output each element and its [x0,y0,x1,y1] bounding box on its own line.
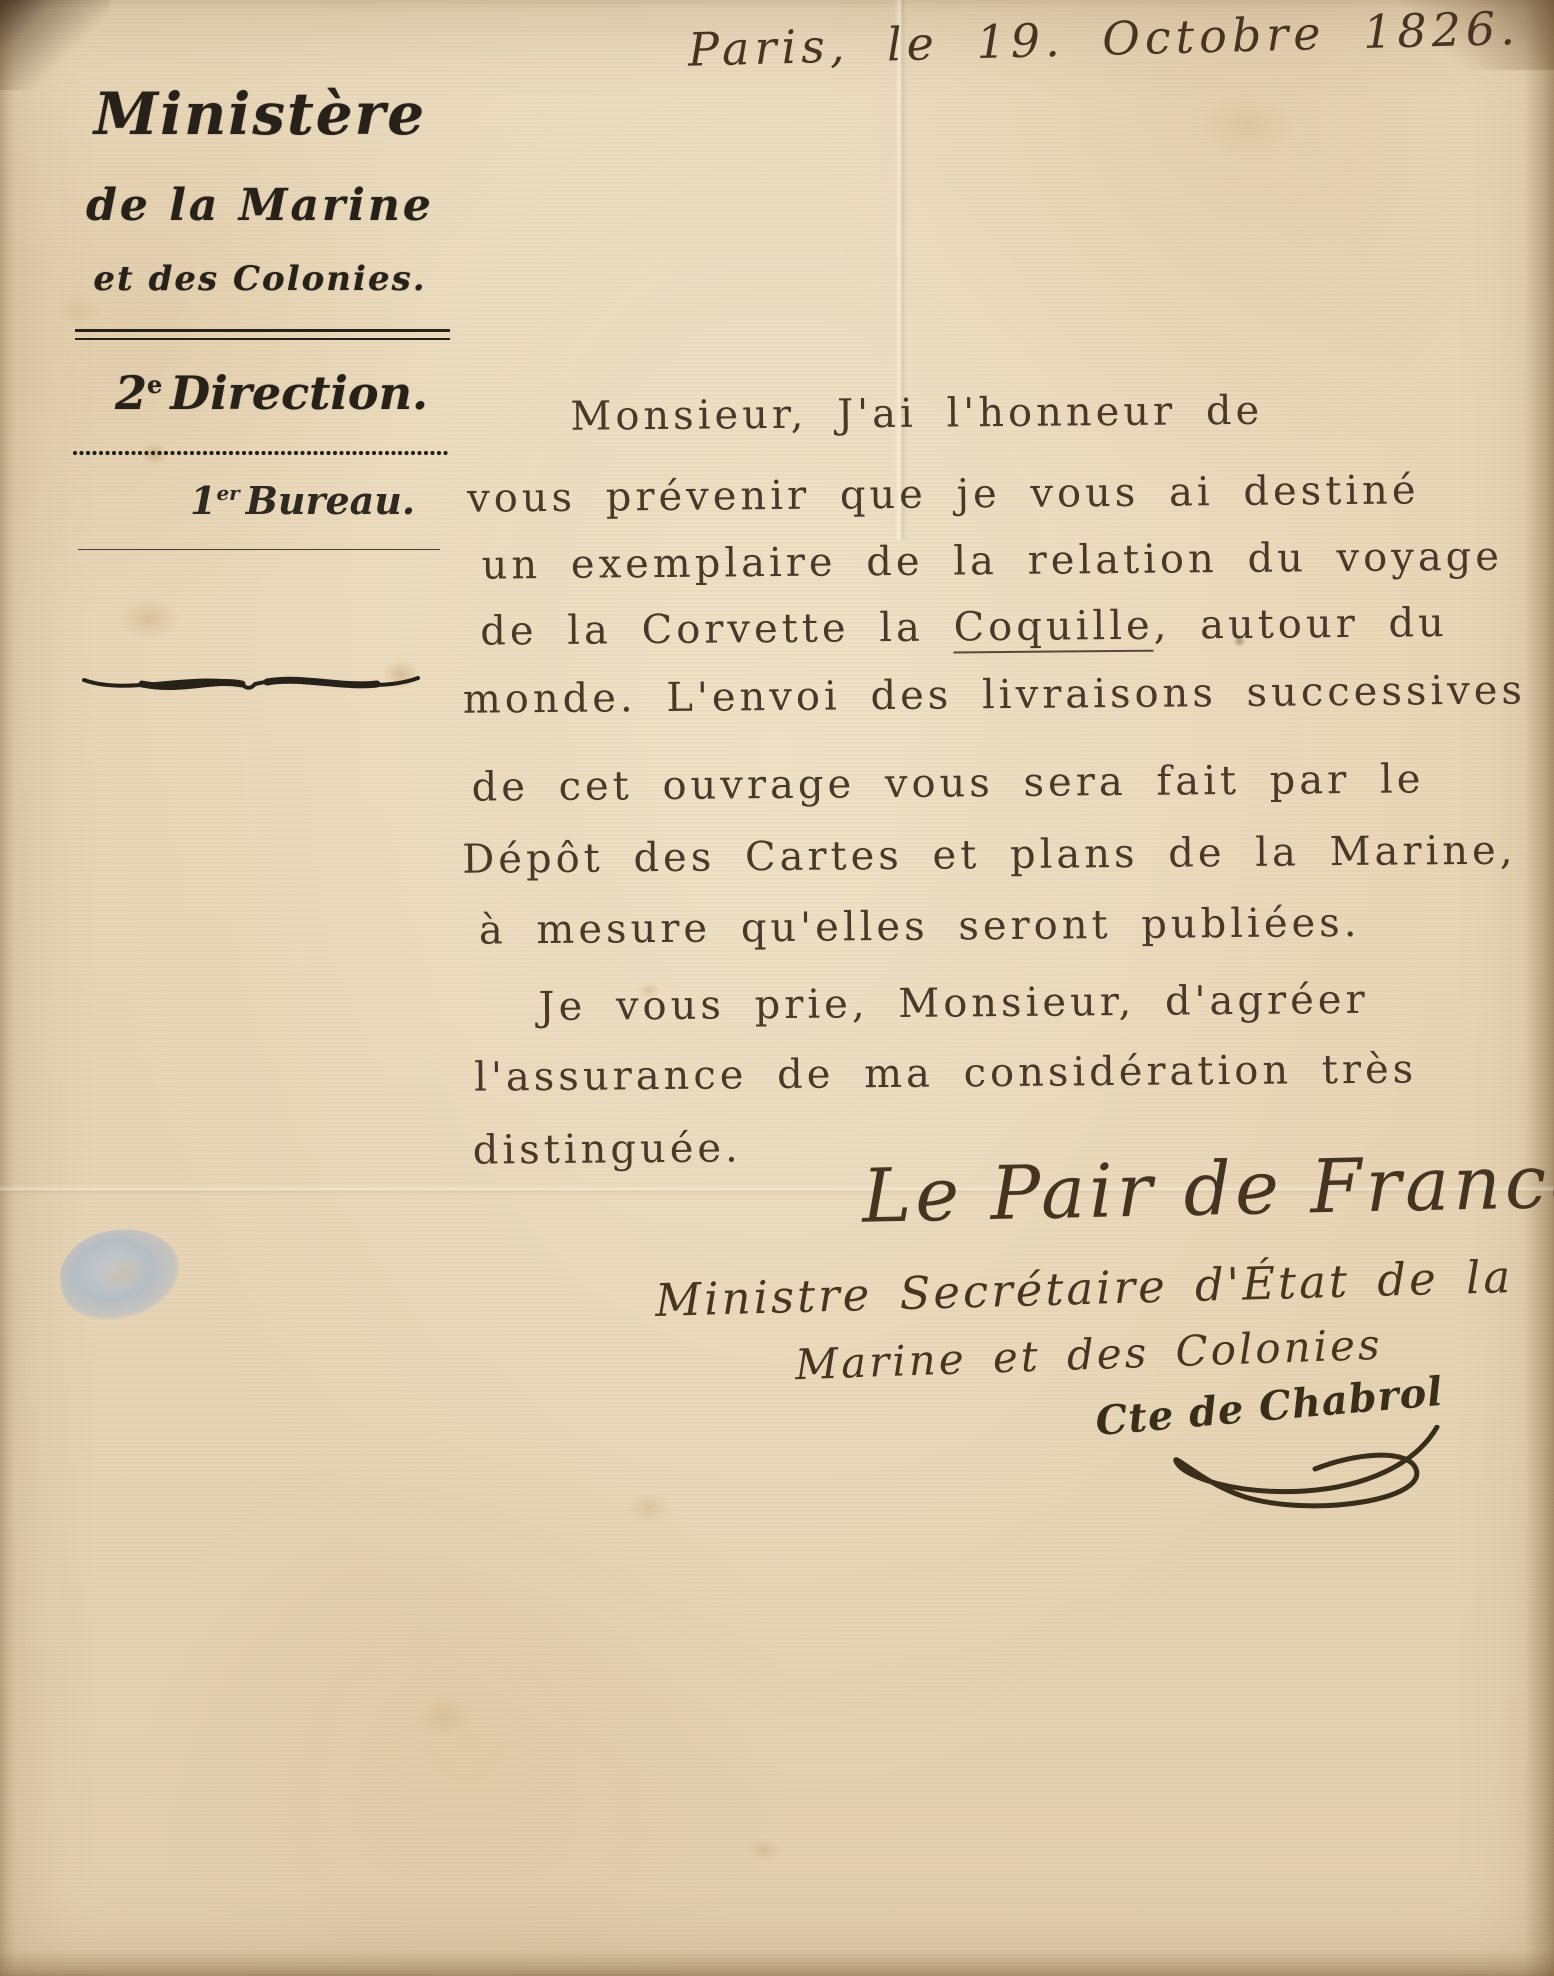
signature-office-line2: Marine et des Colonies [794,1320,1383,1389]
body-line: l'assurance de ma considération très [474,1046,1417,1100]
signature-office-line1: Ministre Secrétaire d'État de la [654,1250,1513,1327]
stain-spot [418,1698,470,1736]
ink-smudge [54,1222,185,1326]
body-line4-pre: de la Corvette la [480,604,954,654]
letter-page: Paris, le 19. Octobre 1826. Ministère de… [0,0,1554,1976]
body-line: Je vous prie, Monsieur, d'agréer [538,977,1368,1030]
body-line: de la Corvette la Coquille, autour du [480,600,1448,654]
stain-spot [628,1492,670,1524]
body-line: distinguée. [473,1125,742,1173]
page-edge-shading [0,1950,1554,1976]
body-line: à mesure qu'elles seront publiées. [479,900,1361,954]
underlined-ship-name: Coquille [953,603,1154,654]
body-line: monde. L'envoi des livraisons successive… [463,667,1527,722]
letter-body: Monsieur, J'ai l'honneur de vous préveni… [0,0,1554,1207]
smudge-core [94,1252,152,1294]
stain-spot [748,1838,780,1862]
signature-title-line: Le Pair de France [861,1138,1554,1239]
body-line: Dépôt des Cartes et plans de la Marine, [462,828,1517,883]
body-line: vous prévenir que je vous ai destiné [467,467,1420,521]
body-line: Monsieur, J'ai l'honneur de [570,388,1263,440]
body-line: un exemplaire de la relation du voyage [481,534,1503,589]
body-line4-post: , autour du [1153,600,1448,649]
signature-flourish [1115,1425,1455,1575]
body-line: de cet ouvrage vous sera fait par le [471,756,1424,810]
